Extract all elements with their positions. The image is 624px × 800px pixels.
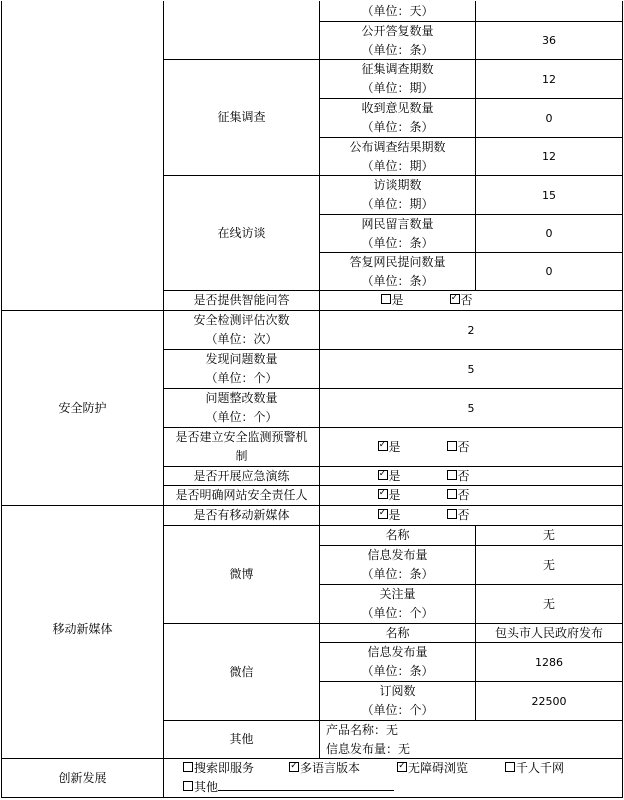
weibo-name-label-cell: 名称	[319, 525, 476, 546]
unit-day-label: （单位：天）	[361, 2, 433, 21]
checkbox-checked-icon	[378, 489, 388, 499]
weibo-subgroup-cell: 微博	[163, 525, 320, 624]
checkbox-unchecked-icon	[447, 489, 457, 499]
monitoring-label-cont: 制	[235, 447, 247, 466]
survey-item-label-cell: 公布调查结果期数 （单位：期）	[319, 137, 476, 176]
interview-item-label-cell: 答复网民提问数量 （单位：条）	[319, 252, 476, 291]
public-reply-label: 公开答复数量	[361, 22, 433, 41]
survey-item-label-cell: 收到意见数量 （单位：条）	[319, 98, 476, 138]
security-item-label-cell: 安全检测评估次数 （单位：次）	[163, 310, 320, 350]
survey-item-value-cell: 12	[475, 137, 623, 176]
checkbox-unchecked-icon	[381, 294, 391, 304]
weibo-posts-label-cell: 信息发布量 （单位：条）	[319, 545, 476, 585]
replies-label: 答复网民提问数量	[349, 253, 445, 272]
survey-periods-unit: （单位：期）	[361, 79, 433, 98]
weibo-label: 微博	[229, 565, 253, 584]
yes-label: 是	[389, 440, 401, 454]
survey-item-value-cell: 0	[475, 98, 623, 138]
issues-found-value: 5	[468, 360, 475, 379]
yes-label: 是	[392, 293, 404, 307]
netizen-messages-label: 网民留言数量	[361, 215, 433, 234]
weibo-name-value-cell: 无	[475, 525, 623, 546]
no-label: 否	[458, 488, 470, 502]
wechat-posts-label-cell: 信息发布量 （单位：条）	[319, 642, 476, 682]
monitoring-yes-checkbox[interactable]: 是	[378, 438, 401, 457]
drill-yes-checkbox[interactable]: 是	[378, 467, 401, 486]
issues-fixed-unit: （单位：个）	[205, 408, 277, 427]
security-item-value-cell: 5	[319, 388, 623, 428]
unit-day-cell: （单位：天）	[319, 1, 476, 22]
wechat-subscribers-value-cell: 22500	[475, 681, 623, 721]
opinions-received-label: 收到意见数量	[361, 99, 433, 118]
survey-results-value: 12	[542, 147, 556, 166]
wechat-subscribers-label: 订阅数	[379, 682, 415, 701]
wechat-name-value: 包头市人民政府发布	[495, 624, 603, 643]
innovation-other-label: 其他	[194, 780, 218, 794]
security-item-value-cell: 2	[319, 310, 623, 350]
weibo-posts-unit: （单位：条）	[361, 565, 433, 584]
no-label: 否	[458, 440, 470, 454]
checkbox-checked-icon	[397, 762, 407, 772]
unit-day-value-cell	[475, 1, 623, 22]
responsible-yes-checkbox[interactable]: 是	[378, 486, 401, 505]
other-media-detail-cell: 产品名称：无 信息发布量：无	[319, 720, 623, 759]
netizen-messages-value: 0	[546, 224, 553, 243]
no-label: 否	[458, 508, 470, 522]
survey-item-value-cell: 12	[475, 59, 623, 99]
issues-found-unit: （单位：个）	[205, 369, 277, 388]
security-item-value-cell: 5	[319, 349, 623, 389]
interaction-group-cell	[1, 1, 164, 311]
interview-periods-value: 15	[542, 186, 556, 205]
survey-item-label-cell: 征集调查期数 （单位：期）	[319, 59, 476, 99]
security-checks-unit: （单位：次）	[205, 330, 277, 349]
public-reply-value: 36	[542, 31, 556, 50]
wechat-subscribers-label-cell: 订阅数 （单位：个）	[319, 681, 476, 721]
checkbox-checked-icon	[378, 441, 388, 451]
weibo-posts-label: 信息发布量	[367, 546, 427, 565]
weibo-name-value: 无	[543, 526, 555, 545]
innovation-group-label: 创新发展	[58, 769, 106, 788]
public-reply-unit: （单位：条）	[361, 41, 433, 60]
checkbox-unchecked-icon	[505, 762, 515, 772]
accessibility-label: 无障碍浏览	[408, 761, 468, 775]
wechat-subgroup-cell: 微信	[163, 623, 320, 721]
security-checks-label: 安全检测评估次数	[193, 311, 289, 330]
smart-qa-yes-checkbox[interactable]: 是	[381, 291, 404, 310]
interview-periods-label: 访谈期数	[373, 176, 421, 195]
multilingual-label: 多语言版本	[300, 761, 360, 775]
has-mobile-options-cell: 是 否	[319, 505, 623, 526]
monitoring-no-checkbox[interactable]: 否	[447, 438, 470, 457]
checkbox-unchecked-icon	[447, 441, 457, 451]
checkbox-checked-icon	[289, 762, 299, 772]
weibo-followers-label: 关注量	[379, 585, 415, 604]
issues-found-label: 发现问题数量	[205, 350, 277, 369]
survey-results-label: 公布调查结果期数	[349, 138, 445, 157]
opinions-received-value: 0	[546, 109, 553, 128]
opinions-received-unit: （单位：条）	[361, 118, 433, 137]
checkbox-checked-icon	[378, 470, 388, 480]
yes-label: 是	[389, 508, 401, 522]
wechat-name-label: 名称	[385, 624, 409, 643]
checkbox-unchecked-icon	[183, 781, 193, 791]
yes-label: 是	[389, 488, 401, 502]
public-reply-label-cell: 公开答复数量 （单位：条）	[319, 21, 476, 60]
innovation-group-cell: 创新发展	[1, 758, 164, 798]
drill-no-checkbox[interactable]: 否	[447, 467, 470, 486]
interview-item-value-cell: 0	[475, 252, 623, 291]
no-label: 否	[461, 293, 473, 307]
wechat-subscribers-unit: （单位：个）	[361, 701, 433, 720]
interview-subgroup-cell: 在线访谈	[163, 175, 320, 291]
weibo-followers-value-cell: 无	[475, 584, 623, 624]
issues-fixed-value: 5	[468, 399, 475, 418]
smart-qa-no-checkbox[interactable]: 否	[450, 291, 473, 310]
replies-unit: （单位：条）	[361, 272, 433, 291]
checkbox-checked-icon	[378, 509, 388, 519]
smart-qa-options-cell: 是 否	[319, 290, 623, 311]
multilingual-checkbox[interactable]: 多语言版本	[289, 759, 397, 778]
other-media-label: 其他	[229, 730, 253, 749]
mobile-media-group-cell: 移动新媒体	[1, 505, 164, 759]
drill-options-cell: 是 否	[319, 466, 623, 486]
other-media-label-cell: 其他	[163, 720, 320, 759]
innovation-other-input[interactable]	[218, 778, 394, 791]
replies-value: 0	[546, 262, 553, 281]
survey-results-unit: （单位：期）	[361, 157, 433, 176]
security-group-cell: 安全防护	[1, 310, 164, 506]
wechat-name-value-cell: 包头市人民政府发布	[475, 623, 623, 643]
public-reply-value-cell: 36	[475, 21, 623, 60]
survey-subgroup-cell: 征集调查	[163, 59, 320, 176]
checkbox-unchecked-icon	[183, 762, 193, 772]
netizen-messages-unit: （单位：条）	[361, 234, 433, 253]
survey-label: 征集调查	[217, 108, 265, 127]
wechat-posts-unit: （单位：条）	[361, 662, 433, 681]
weibo-followers-label-cell: 关注量 （单位：个）	[319, 584, 476, 624]
search-as-service-label: 搜索即服务	[194, 761, 254, 775]
survey-periods-value: 12	[542, 70, 556, 89]
search-as-service-checkbox[interactable]: 搜索即服务	[183, 759, 289, 778]
other-publish-count: 信息发布量：无	[326, 740, 410, 759]
weibo-posts-value: 无	[543, 556, 555, 575]
has-mobile-yes-checkbox[interactable]: 是	[378, 506, 401, 525]
monitoring-options-cell: 是 否	[319, 427, 623, 467]
weibo-followers-value: 无	[543, 595, 555, 614]
mobile-media-group-label: 移动新媒体	[52, 620, 112, 639]
interview-periods-unit: （单位：期）	[361, 195, 433, 214]
yes-label: 是	[389, 469, 401, 483]
interview-item-label-cell: 网民留言数量 （单位：条）	[319, 214, 476, 253]
security-item-label-cell: 问题整改数量 （单位：个）	[163, 388, 320, 428]
checkbox-unchecked-icon	[447, 509, 457, 519]
accessibility-checkbox[interactable]: 无障碍浏览	[397, 759, 505, 778]
other-product-name: 产品名称：无	[326, 721, 398, 740]
checkbox-checked-icon	[450, 294, 460, 304]
interaction-subgroup-cell	[163, 1, 320, 60]
wechat-posts-value-cell: 1286	[475, 642, 623, 682]
security-item-label-cell: 发现问题数量 （单位：个）	[163, 349, 320, 389]
interview-item-label-cell: 访谈期数 （单位：期）	[319, 175, 476, 215]
interview-item-value-cell: 15	[475, 175, 623, 215]
issues-fixed-label: 问题整改数量	[205, 389, 277, 408]
wechat-name-label-cell: 名称	[319, 623, 476, 643]
weibo-name-label: 名称	[385, 526, 409, 545]
weibo-posts-value-cell: 无	[475, 545, 623, 585]
survey-periods-label: 征集调查期数	[361, 60, 433, 79]
innovation-options-cell: 搜索即服务 多语言版本 无障碍浏览 千人千网 其他	[163, 758, 623, 798]
wechat-posts-value: 1286	[535, 653, 563, 672]
weibo-followers-unit: （单位：个）	[361, 604, 433, 623]
responsible-no-checkbox[interactable]: 否	[447, 486, 470, 505]
responsible-options-cell: 是 否	[319, 485, 623, 506]
personalized-label: 千人千网	[516, 761, 564, 775]
security-group-label: 安全防护	[58, 399, 106, 418]
interview-item-value-cell: 0	[475, 214, 623, 253]
has-mobile-no-checkbox[interactable]: 否	[447, 506, 470, 525]
wechat-label: 微信	[229, 663, 253, 682]
interview-label: 在线访谈	[217, 224, 265, 243]
wechat-posts-label: 信息发布量	[367, 643, 427, 662]
innovation-other-checkbox[interactable]: 其他	[183, 778, 218, 797]
wechat-subscribers-value: 22500	[532, 692, 567, 711]
no-label: 否	[458, 469, 470, 483]
checkbox-unchecked-icon	[447, 470, 457, 480]
personalized-checkbox[interactable]: 千人千网	[505, 759, 564, 778]
security-checks-value: 2	[468, 321, 475, 340]
